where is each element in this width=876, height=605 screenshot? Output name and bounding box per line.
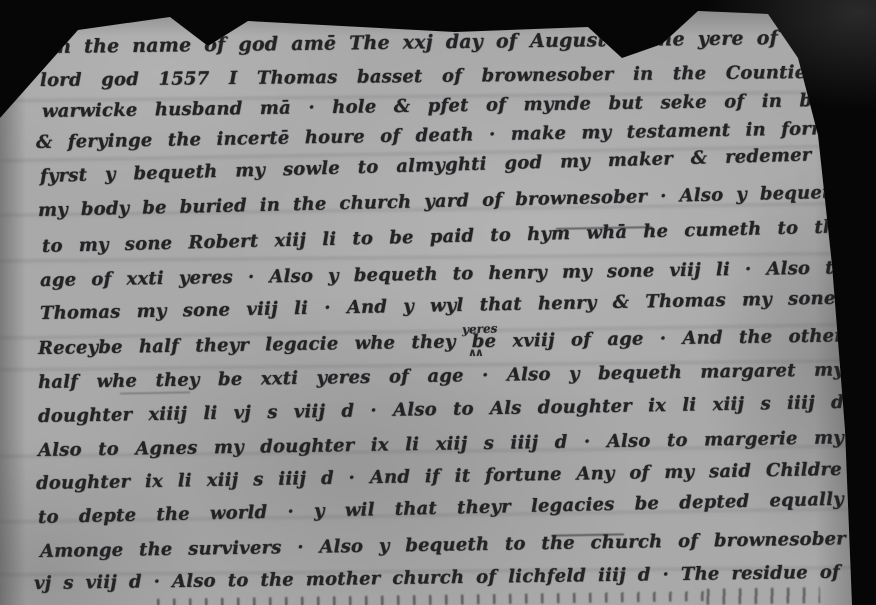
manuscript-photo: In the name of god amē The xxj day of Au… bbox=[0, 0, 876, 605]
manuscript-line: vj s viij d · Also to the mother church … bbox=[34, 564, 840, 593]
manuscript-line: warwicke husband mā · hole & pfet of myn… bbox=[42, 92, 848, 121]
manuscript-line: Amonge the survivers · Also y bequeth to… bbox=[40, 530, 846, 561]
manuscript-line: to depte the world · y wil that theyr le… bbox=[38, 491, 844, 527]
cut-off-line-fragment bbox=[150, 591, 710, 605]
manuscript-line: Also to Agnes my doughter ix li xiij s i… bbox=[38, 429, 844, 460]
manuscript-line: my body be buried in the church yard of … bbox=[38, 184, 844, 220]
manuscript-line: Receybe half theyr legacie whe they be x… bbox=[38, 327, 844, 358]
manuscript-line: fyrst y bequeth my sowle to almyghti god… bbox=[40, 145, 846, 185]
manuscript-line: doughter ix li xiij s iiij d · And if it… bbox=[36, 461, 842, 493]
cut-off-line-fragment bbox=[700, 587, 820, 605]
insertion-caret-icon: ∧∧ bbox=[468, 346, 482, 359]
underline-stroke bbox=[120, 391, 190, 394]
parchment-page: In the name of god amē The xxj day of Au… bbox=[0, 0, 876, 605]
interlinear-insertion: yeres bbox=[462, 321, 498, 336]
manuscript-line: age of xxti yeres · Also y bequeth to he… bbox=[40, 259, 846, 290]
manuscript-line: lord god 1557 I Thomas basset of brownes… bbox=[40, 64, 846, 90]
manuscript-line: to my sone Robert xiij li to be paid to … bbox=[42, 218, 848, 256]
manuscript-line: half whe they be xxti yeres of age · Als… bbox=[38, 361, 844, 392]
manuscript-line: In the name of god amē The xxj day of Au… bbox=[48, 28, 828, 57]
manuscript-line: doughter xiiij li vj s viij d · Also to … bbox=[38, 394, 844, 426]
manuscript-line: Thomas my sone viij li · And y wyl that … bbox=[40, 290, 846, 323]
